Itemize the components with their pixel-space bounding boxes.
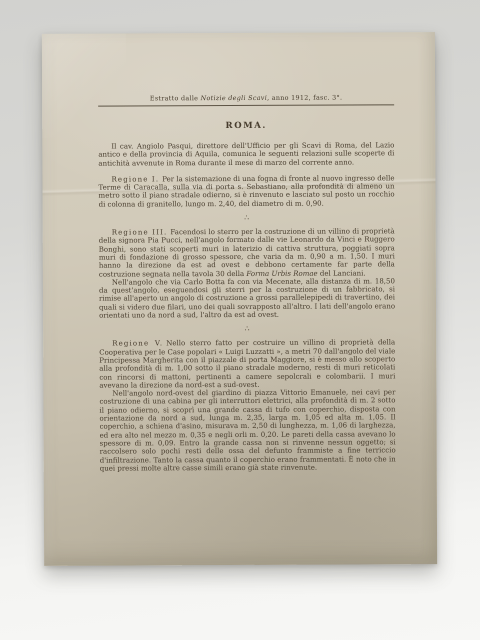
regione-iii-label: Regione III. [112, 228, 168, 236]
header-citation-journal: Notizie degli Scavi [201, 94, 268, 102]
regione-iii-paragraph: Regione III.Facendosi lo sterro per la c… [99, 227, 395, 278]
regione-v-paragraph-2: Nell'angolo nord-ovest del giardino di p… [99, 388, 395, 472]
photo-background: Estratto dalle Notizie degli Scavi, anno… [0, 0, 480, 640]
regione-i-paragraph: Regione I.Per la sistemazione di una fog… [98, 174, 394, 208]
regione-iii-body-end: del Lanciani. [318, 269, 366, 277]
page-title: ROMA. [98, 120, 394, 131]
section-separator-icon: ∴ [99, 212, 395, 223]
header-rule [98, 104, 394, 106]
header-citation: Estratto dalle Notizie degli Scavi, anno… [98, 94, 394, 102]
regione-v-paragraph: Regione V.Nello sterro fatto per costrui… [99, 339, 395, 390]
regione-iii-body-italic: Forma Urbis Romae [246, 269, 317, 277]
page-content: Estratto dalle Notizie degli Scavi, anno… [98, 94, 396, 472]
regione-v-label: Regione V. [112, 340, 163, 348]
regione-iii-paragraph-2: Nell'angolo che via Carlo Botta fa con v… [99, 277, 395, 320]
intro-paragraph: Il cav. Angiolo Pasqui, direttore dell'U… [98, 141, 394, 167]
header-citation-prefix: Estratto dalle [150, 94, 201, 102]
section-separator-icon: ∴ [99, 324, 395, 335]
header-citation-suffix: , anno 1912, fasc. 3°. [267, 94, 342, 102]
regione-i-label: Regione I. [111, 175, 159, 183]
document-page: Estratto dalle Notizie degli Scavi, anno… [42, 32, 437, 566]
